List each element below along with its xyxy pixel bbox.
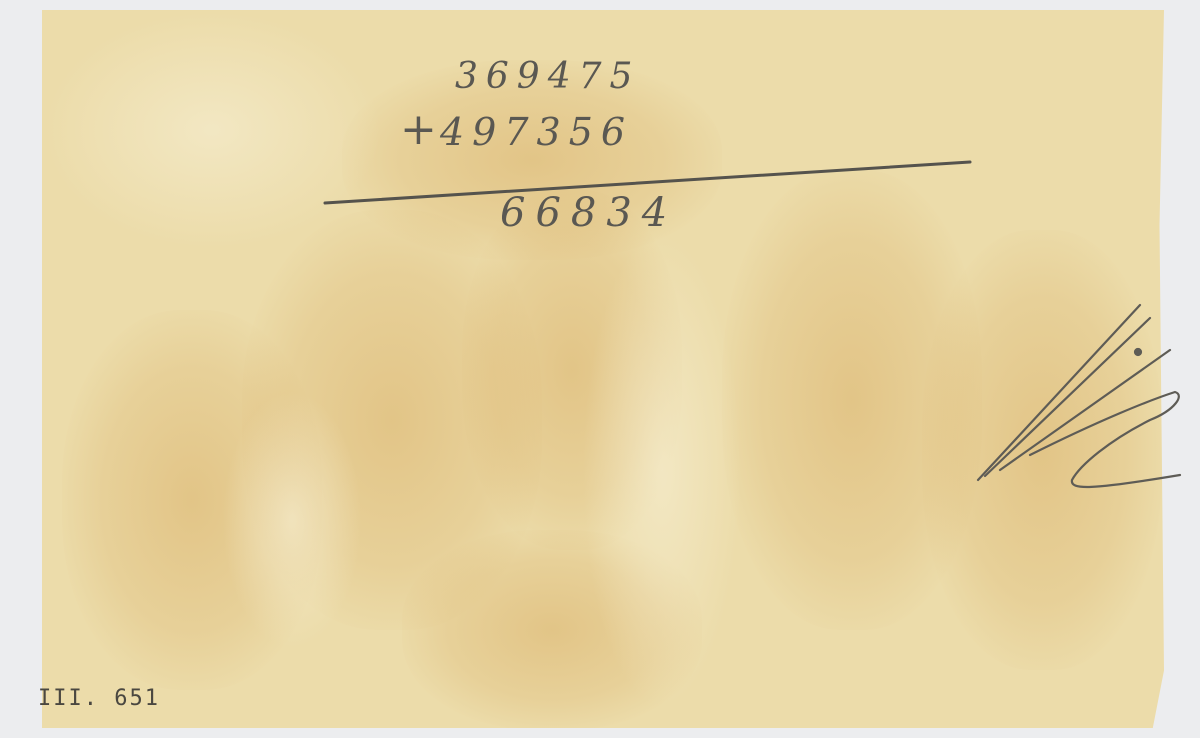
pencil-marks [0,0,1200,738]
catalog-number: III. 651 [38,686,160,711]
signature-scribble [978,305,1180,487]
sum-underline [325,162,970,203]
